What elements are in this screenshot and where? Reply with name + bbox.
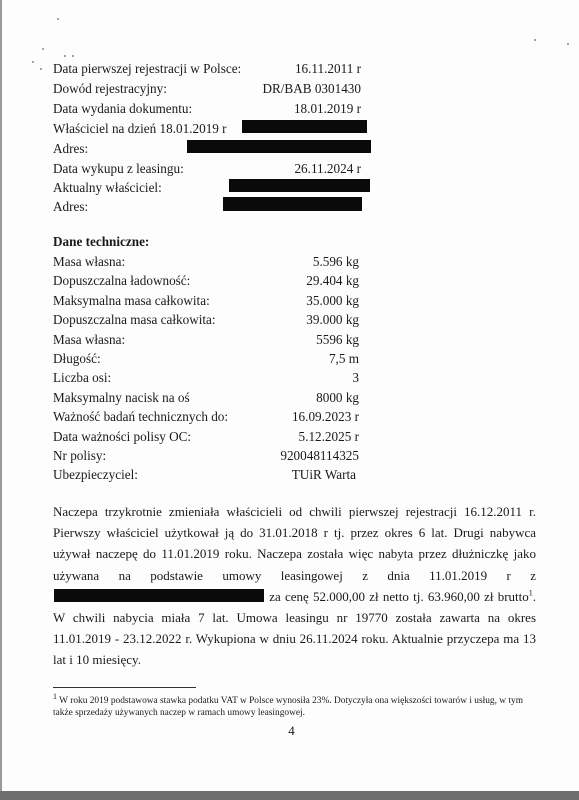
technical-row: Ważność badań technicznych do:16.09.2023…	[53, 407, 359, 427]
scan-speck	[42, 48, 44, 50]
technical-row: Maksymalna masa całkowita:35.000 kg	[53, 291, 359, 311]
registration-row: Data wykupu z leasingu: 26.11.2024 r	[53, 159, 373, 179]
field-label: Adres:	[53, 197, 88, 217]
field-label: Dopuszczalna ładowność:	[53, 271, 190, 291]
footnote: 1 W roku 2019 podstawowa stawka podatku …	[53, 695, 533, 719]
footnote-text: W roku 2019 podstawowa stawka podatku VA…	[53, 696, 523, 718]
field-label: Adres:	[53, 139, 88, 159]
field-label: Aktualny właściciel:	[53, 178, 162, 198]
technical-row: Masa własna:5596 kg	[53, 330, 359, 350]
field-label: Długość:	[53, 349, 101, 369]
technical-row: Dopuszczalna ładowność:29.404 kg	[53, 271, 359, 291]
field-label: Data wydania dokumentu:	[53, 99, 192, 119]
field-label: Właściciel na dzień 18.01.2019 r	[53, 119, 227, 139]
scan-speck	[32, 61, 34, 63]
technical-row: Dopuszczalna masa całkowita:39.000 kg	[53, 310, 359, 330]
registration-row: Data pierwszej rejestracji w Polsce: 16.…	[53, 59, 373, 79]
field-label: Liczba osi:	[53, 368, 111, 388]
field-label: Masa własna:	[53, 330, 125, 350]
field-value: 920048114325	[280, 446, 359, 466]
scan-speck	[57, 18, 59, 20]
technical-row: Długość:7,5 m	[53, 349, 359, 369]
section-title: Dane techniczne:	[53, 232, 149, 252]
field-value: 16.09.2023 r	[292, 407, 359, 427]
field-value: 18.01.2019 r	[294, 99, 361, 119]
footnote-divider	[53, 687, 196, 688]
registration-row: Data wydania dokumentu: 18.01.2019 r	[53, 99, 373, 119]
field-label: Maksymalna masa całkowita:	[53, 291, 210, 311]
field-label: Data pierwszej rejestracji w Polsce:	[53, 59, 241, 79]
field-label: Nr polisy:	[53, 446, 106, 466]
field-value: 5.12.2025 r	[299, 427, 359, 447]
field-value: 5.596 kg	[313, 252, 359, 272]
scan-speck	[534, 39, 536, 41]
field-value: 29.404 kg	[306, 271, 359, 291]
technical-row: Masa własna:5.596 kg	[53, 252, 359, 272]
field-label: Data ważności polisy OC:	[53, 427, 191, 447]
scan-speck	[567, 43, 569, 45]
field-label: Dowód rejestracyjny:	[53, 79, 167, 99]
technical-row: Nr polisy:920048114325	[53, 446, 359, 466]
document-page: Data pierwszej rejestracji w Polsce: 16.…	[0, 0, 579, 791]
scan-speck	[72, 55, 74, 57]
paragraph-text: Naczepa trzykrotnie zmieniała właściciel…	[53, 504, 536, 583]
technical-row: Liczba osi:3	[53, 368, 359, 388]
field-value: 35.000 kg	[306, 291, 359, 311]
history-paragraph: Naczepa trzykrotnie zmieniała właściciel…	[53, 501, 536, 671]
scan-speck	[40, 68, 42, 70]
field-label: Data wykupu z leasingu:	[53, 159, 184, 179]
redaction-box	[242, 120, 367, 133]
field-value: 26.11.2024 r	[294, 159, 361, 179]
field-label: Ważność badań technicznych do:	[53, 407, 228, 427]
page-number: 4	[2, 723, 579, 739]
field-value: 16.11.2011 r	[295, 59, 361, 79]
field-value: DR/BAB 0301430	[262, 79, 361, 99]
field-value: 39.000 kg	[306, 310, 359, 330]
redaction-box	[54, 589, 264, 602]
field-label: Dopuszczalna masa całkowita:	[53, 310, 216, 330]
technical-row: Ubezpieczyciel:TUiR Warta	[53, 465, 359, 485]
redaction-box	[223, 197, 362, 211]
field-value: 5596 kg	[316, 330, 359, 350]
paragraph-text: za cenę 52.000,00 zł netto tj. 63.960,00…	[269, 589, 529, 604]
field-value: 8000 kg	[316, 388, 359, 408]
technical-row: Data ważności polisy OC:5.12.2025 r	[53, 427, 359, 447]
redaction-box	[229, 179, 370, 192]
field-value: 7,5 m	[329, 349, 359, 369]
field-label: Maksymalny nacisk na oś	[53, 388, 190, 408]
field-value: 3	[352, 368, 359, 388]
technical-row: Maksymalny nacisk na oś8000 kg	[53, 388, 359, 408]
field-label: Ubezpieczyciel:	[53, 465, 138, 485]
field-value: TUiR Warta	[292, 465, 356, 485]
redaction-box	[187, 140, 371, 153]
scan-speck	[64, 55, 66, 57]
registration-row: Dowód rejestracyjny: DR/BAB 0301430	[53, 79, 373, 99]
field-label: Masa własna:	[53, 252, 125, 272]
